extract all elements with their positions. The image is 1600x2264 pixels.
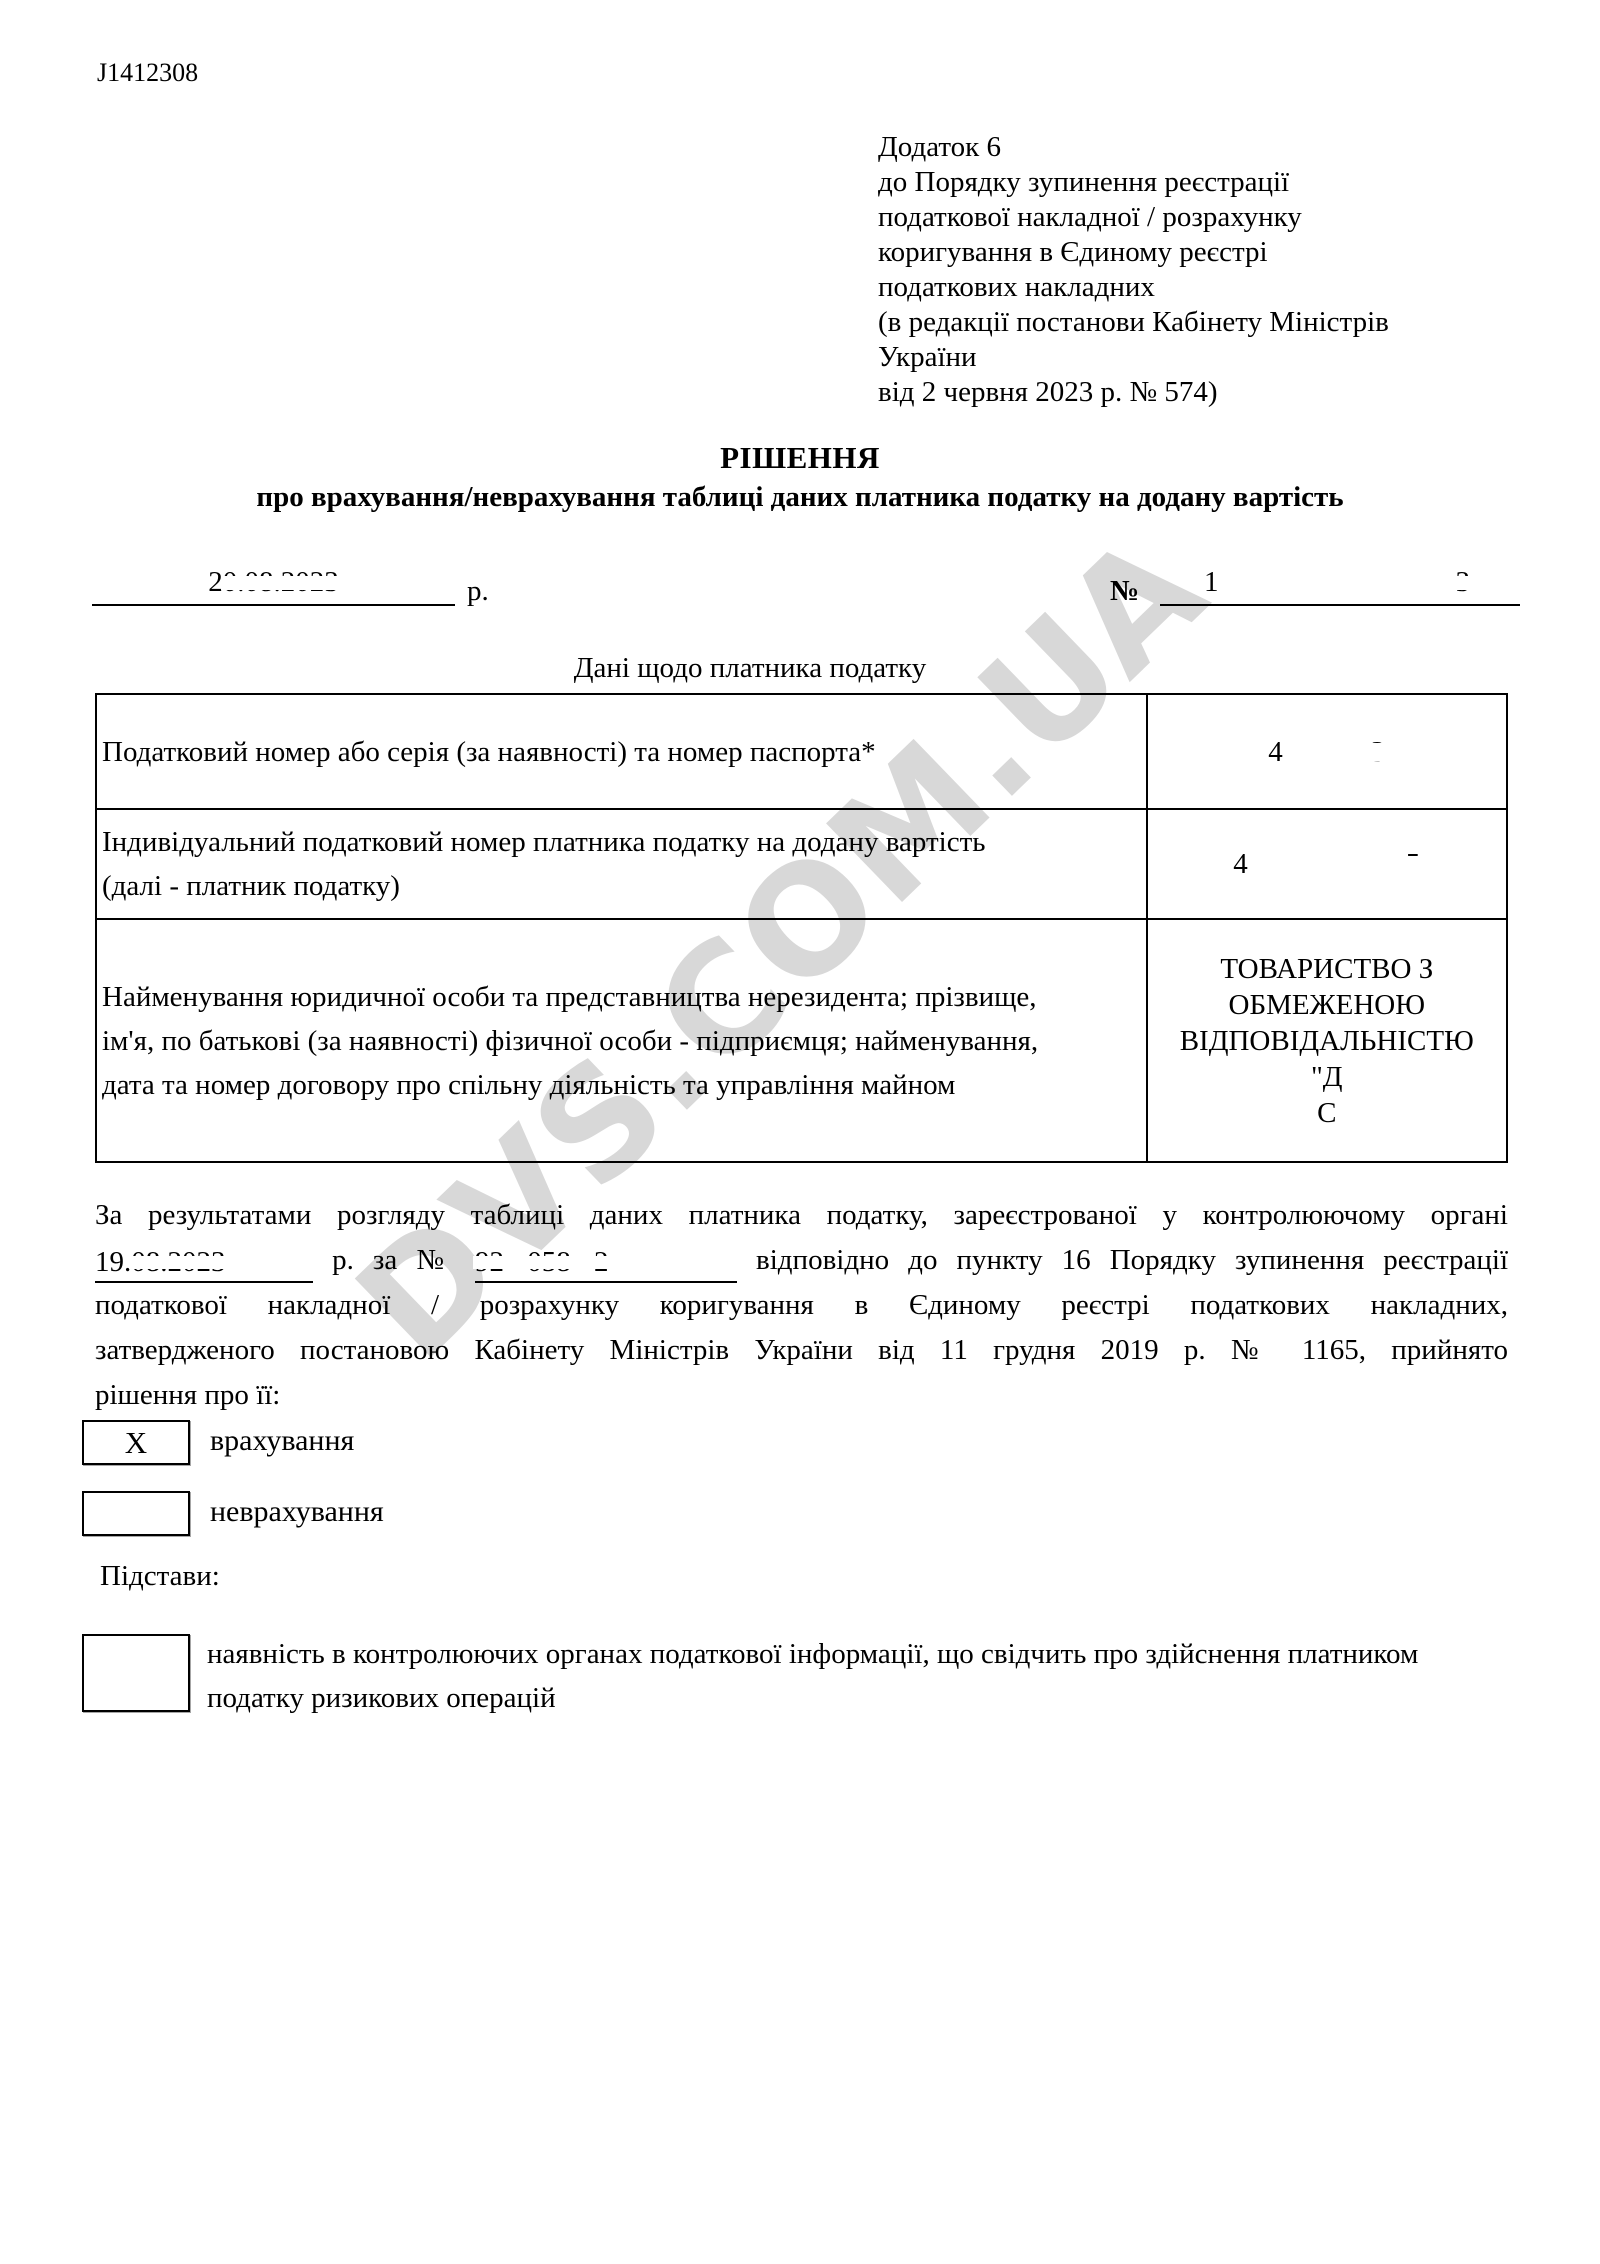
value-first-digit: 4: [1233, 842, 1248, 886]
date-number-row: 20.08.2023 р. № 13: [0, 566, 1600, 610]
company-name-line: ВІДПОВІДАЛЬНІСТЮ: [1154, 1023, 1500, 1059]
appendix-line: податкової накладної / розрахунку: [878, 200, 1538, 235]
company-name-line: ОБМЕЖЕНОЮ: [1154, 987, 1500, 1023]
reg-number-redacted: 92 058 2: [475, 1247, 609, 1277]
registration-date-field: 19.08.2023: [95, 1247, 313, 1283]
grounds-label: Підстави:: [100, 1560, 220, 1593]
company-name-last-part: С: [1154, 1095, 1500, 1131]
paragraph-text: відповідно до пункту 16 Порядку зупиненн…: [756, 1244, 1508, 1276]
paragraph-line: 19.08.2023 р. за № 92 058 2 відповідно д…: [95, 1238, 1508, 1283]
appendix-line: Додаток 6: [878, 130, 1538, 165]
date-field: 20.08.2023: [92, 566, 455, 606]
reg-date-redacted: 08.2023: [131, 1247, 225, 1277]
paragraph-line: За результатами розгляду таблиці даних п…: [95, 1193, 1508, 1238]
title-block: РІШЕННЯ про врахування/неврахування табл…: [0, 440, 1600, 514]
company-name-line: ТОВАРИСТВО З: [1154, 951, 1500, 987]
company-name-line: "ДС: [1154, 1059, 1500, 1131]
checkbox-vrakhuvannia[interactable]: X: [82, 1420, 190, 1465]
year-abbrev-label: р.: [467, 575, 489, 608]
paragraph-line: затвердженого постановою Кабінету Мініст…: [95, 1328, 1508, 1373]
table-row-entity-name: Найменування юридичної особи та представ…: [96, 919, 1507, 1162]
cell-value: 45: [1147, 809, 1507, 919]
paragraph-line: рішення про її:: [95, 1373, 1508, 1418]
decision-document-page: DVS.COM.UA J1412308 Додаток 6 до Порядку…: [0, 0, 1600, 2264]
paragraph-text: р. за №: [332, 1244, 456, 1276]
document-code: J1412308: [97, 58, 198, 88]
decision-title: РІШЕННЯ: [0, 440, 1600, 476]
date-redacted-part: 0.08.2023: [223, 566, 339, 599]
appendix-line: України: [878, 340, 1538, 375]
appendix-line: до Порядку зупинення реєстрації: [878, 165, 1538, 200]
cell-label: Індивідуальний податковий номер платника…: [96, 809, 1147, 919]
reg-date-visible: 19.: [95, 1246, 131, 1278]
results-paragraph: За результатами розгляду таблиці даних п…: [95, 1193, 1508, 1418]
label-line: Індивідуальний податковий номер платника…: [102, 820, 1136, 864]
paragraph-line: податкової накладної / розрахунку коригу…: [95, 1283, 1508, 1328]
number-first-digit: 1: [1204, 566, 1219, 599]
cell-label: Найменування юридичної особи та представ…: [96, 919, 1147, 1162]
appendix-line: податкових накладних: [878, 270, 1538, 305]
value-last-digit: 5: [1406, 842, 1421, 886]
value-last-digit: 3: [1371, 730, 1386, 774]
cell-value: 43: [1147, 694, 1507, 809]
table-row-vat-number: Індивідуальний податковий номер платника…: [96, 809, 1507, 919]
value-first-digit: 4: [1268, 730, 1283, 774]
decision-number-field: 13: [1160, 566, 1520, 606]
option-vrakhuvannia-label: врахування: [210, 1424, 354, 1458]
checkbox-nevrakhuvannia[interactable]: [82, 1491, 190, 1536]
appendix-header: Додаток 6 до Порядку зупинення реєстраці…: [878, 130, 1538, 410]
checkbox-ground-risky-operations[interactable]: [82, 1634, 190, 1712]
cell-value-company-name: ТОВАРИСТВО З ОБМЕЖЕНОЮ ВІДПОВІДАЛЬНІСТЮ …: [1147, 919, 1507, 1162]
checkbox-x-mark: X: [125, 1425, 147, 1461]
cell-label: Податковий номер або серія (за наявності…: [96, 694, 1147, 809]
decision-subtitle: про врахування/неврахування таблиці дани…: [0, 481, 1600, 514]
label-line: дата та номер договору про спільну діяль…: [102, 1063, 1136, 1107]
option-nevrakhuvannia-label: неврахування: [210, 1495, 384, 1529]
label-line: Найменування юридичної особи та представ…: [102, 975, 1136, 1019]
taxpayer-table: Податковий номер або серія (за наявності…: [95, 693, 1508, 1163]
table-row-tax-number: Податковий номер або серія (за наявності…: [96, 694, 1507, 809]
company-name-first-part: "Д: [1154, 1059, 1500, 1095]
appendix-line: (в редакції постанови Кабінету Міністрів: [878, 305, 1538, 340]
number-last-digit: 3: [1456, 566, 1471, 599]
label-line: ім'я, по батькові (за наявності) фізично…: [102, 1019, 1136, 1063]
registration-number-field: 92 058 2: [475, 1247, 737, 1283]
ground-risky-operations-text: наявність в контролюючих органах податко…: [207, 1632, 1437, 1720]
taxpayer-table-caption: Дані щодо платника податку: [95, 652, 1405, 685]
appendix-line: від 2 червня 2023 р. № 574): [878, 375, 1538, 410]
number-sign: №: [1110, 575, 1139, 608]
appendix-line: коригування в Єдиному реєстрі: [878, 235, 1538, 270]
label-line: (далі - платник податку): [102, 864, 1136, 908]
